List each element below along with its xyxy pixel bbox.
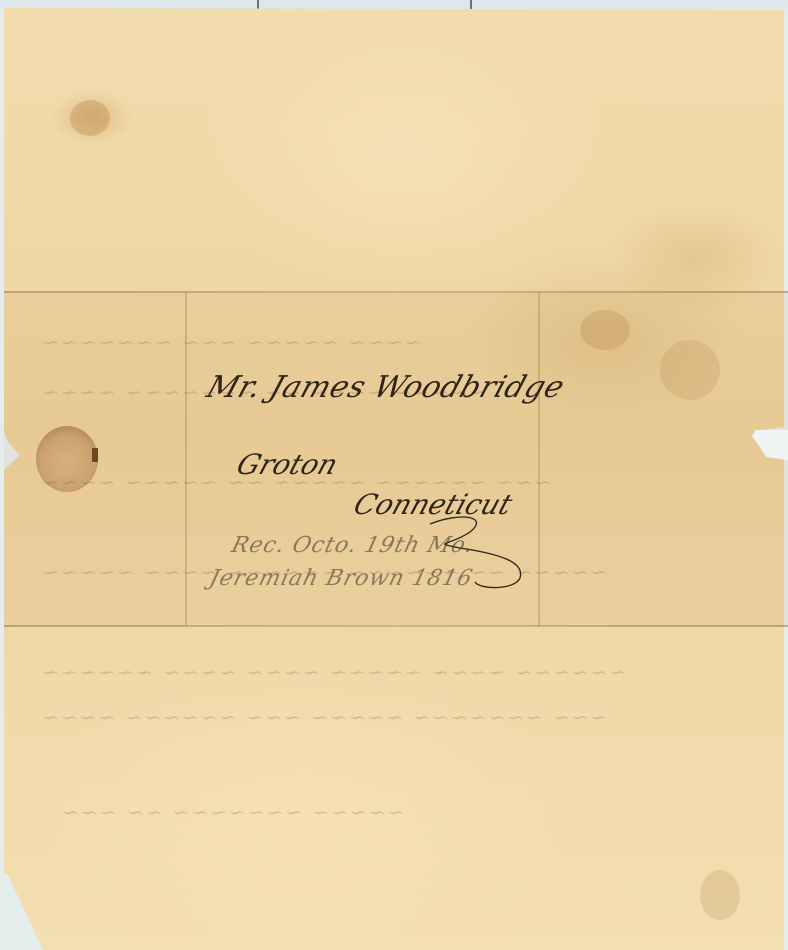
seal-mark [92, 448, 98, 462]
bleed-through-line: ~~~~ ~~~~~ ~~~ ~~~~~~~ [37, 330, 425, 354]
stain [580, 310, 630, 350]
bleed-through-line: ~~~~~ ~~~~~~~ ~~ ~~~ [57, 800, 407, 824]
scan-background-top [0, 0, 788, 9]
fold-line-bottom [4, 625, 788, 627]
scan-clip-right [470, 0, 472, 9]
stain [660, 340, 720, 400]
address-town: Groton [233, 448, 342, 481]
stain [70, 100, 110, 136]
bleed-through-line: ~~~~~~ ~~~~ ~~~~~ ~~~~ ~~~~ ~~~~~~ [37, 660, 629, 684]
bleed-through-line: ~~~ ~~~~~~~ ~~~~~ ~~~ ~~~~~~ ~~~~ [37, 705, 610, 729]
docket-sender: Jeremiah Brown 1816 [207, 566, 476, 591]
fold-line-top [4, 291, 788, 293]
stain [700, 870, 740, 920]
scan-clip-left [257, 0, 259, 9]
docket-received: Rec. Octo. 19th Mo. [229, 533, 477, 558]
address-recipient: Mr. James Woodbridge [202, 370, 569, 405]
